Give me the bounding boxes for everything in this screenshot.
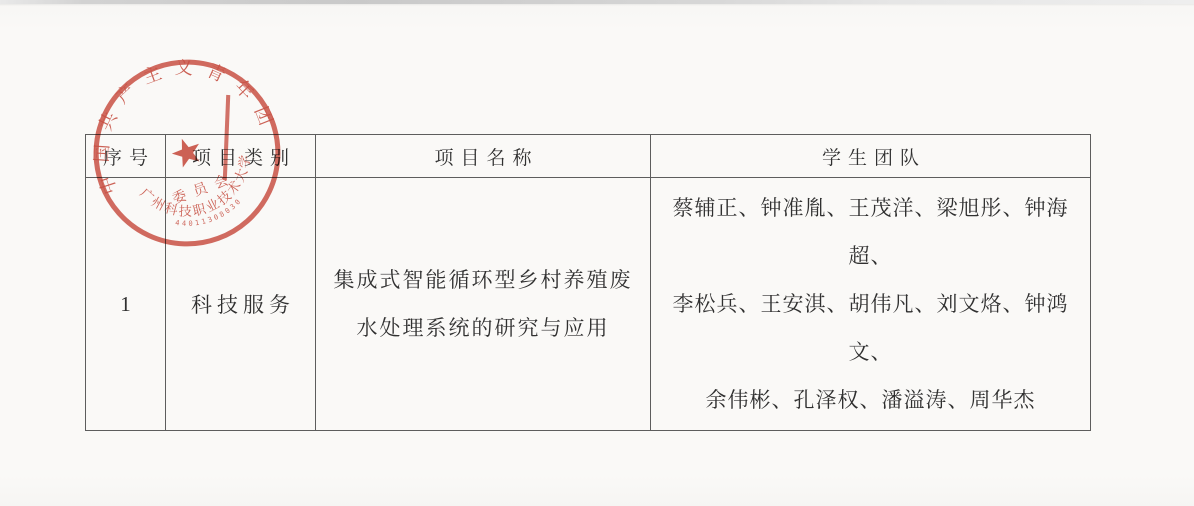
table-row: 1 科技服务 集成式智能循环型乡村养殖废 水处理系统的研究与应用 蔡辅正、钟准胤…: [86, 178, 1091, 431]
cell-student-team: 蔡辅正、钟准胤、王茂洋、梁旭彤、钟海超、 李松兵、王安淇、胡伟凡、刘文烙、钟鸿文…: [651, 178, 1091, 431]
cell-serial-number: 1: [86, 178, 166, 431]
project-name-line-2: 水处理系统的研究与应用: [316, 304, 650, 352]
header-serial-number: 序号: [86, 135, 166, 178]
scanner-edge-shadow: [0, 4, 1194, 6]
cell-project-name: 集成式智能循环型乡村养殖废 水处理系统的研究与应用: [316, 178, 651, 431]
project-table: 序号 项目类别 项目名称 学生团队 1 科技服务 集成式智能循环型乡村养殖废 水…: [85, 134, 1091, 431]
project-name-line-1: 集成式智能循环型乡村养殖废: [316, 256, 650, 304]
header-project-name: 项目名称: [316, 135, 651, 178]
team-line-1: 蔡辅正、钟准胤、王茂洋、梁旭彤、钟海超、: [651, 184, 1090, 280]
header-project-category: 项目类别: [166, 135, 316, 178]
team-line-3: 余伟彬、孔泽权、潘溢涛、周华杰: [651, 376, 1090, 424]
scanned-document-page: 序号 项目类别 项目名称 学生团队 1 科技服务 集成式智能循环型乡村养殖废 水…: [0, 0, 1194, 506]
header-student-team: 学生团队: [651, 135, 1091, 178]
team-line-2: 李松兵、王安淇、胡伟凡、刘文烙、钟鸿文、: [651, 280, 1090, 376]
table-header-row: 序号 项目类别 项目名称 学生团队: [86, 135, 1091, 178]
cell-project-category: 科技服务: [166, 178, 316, 431]
